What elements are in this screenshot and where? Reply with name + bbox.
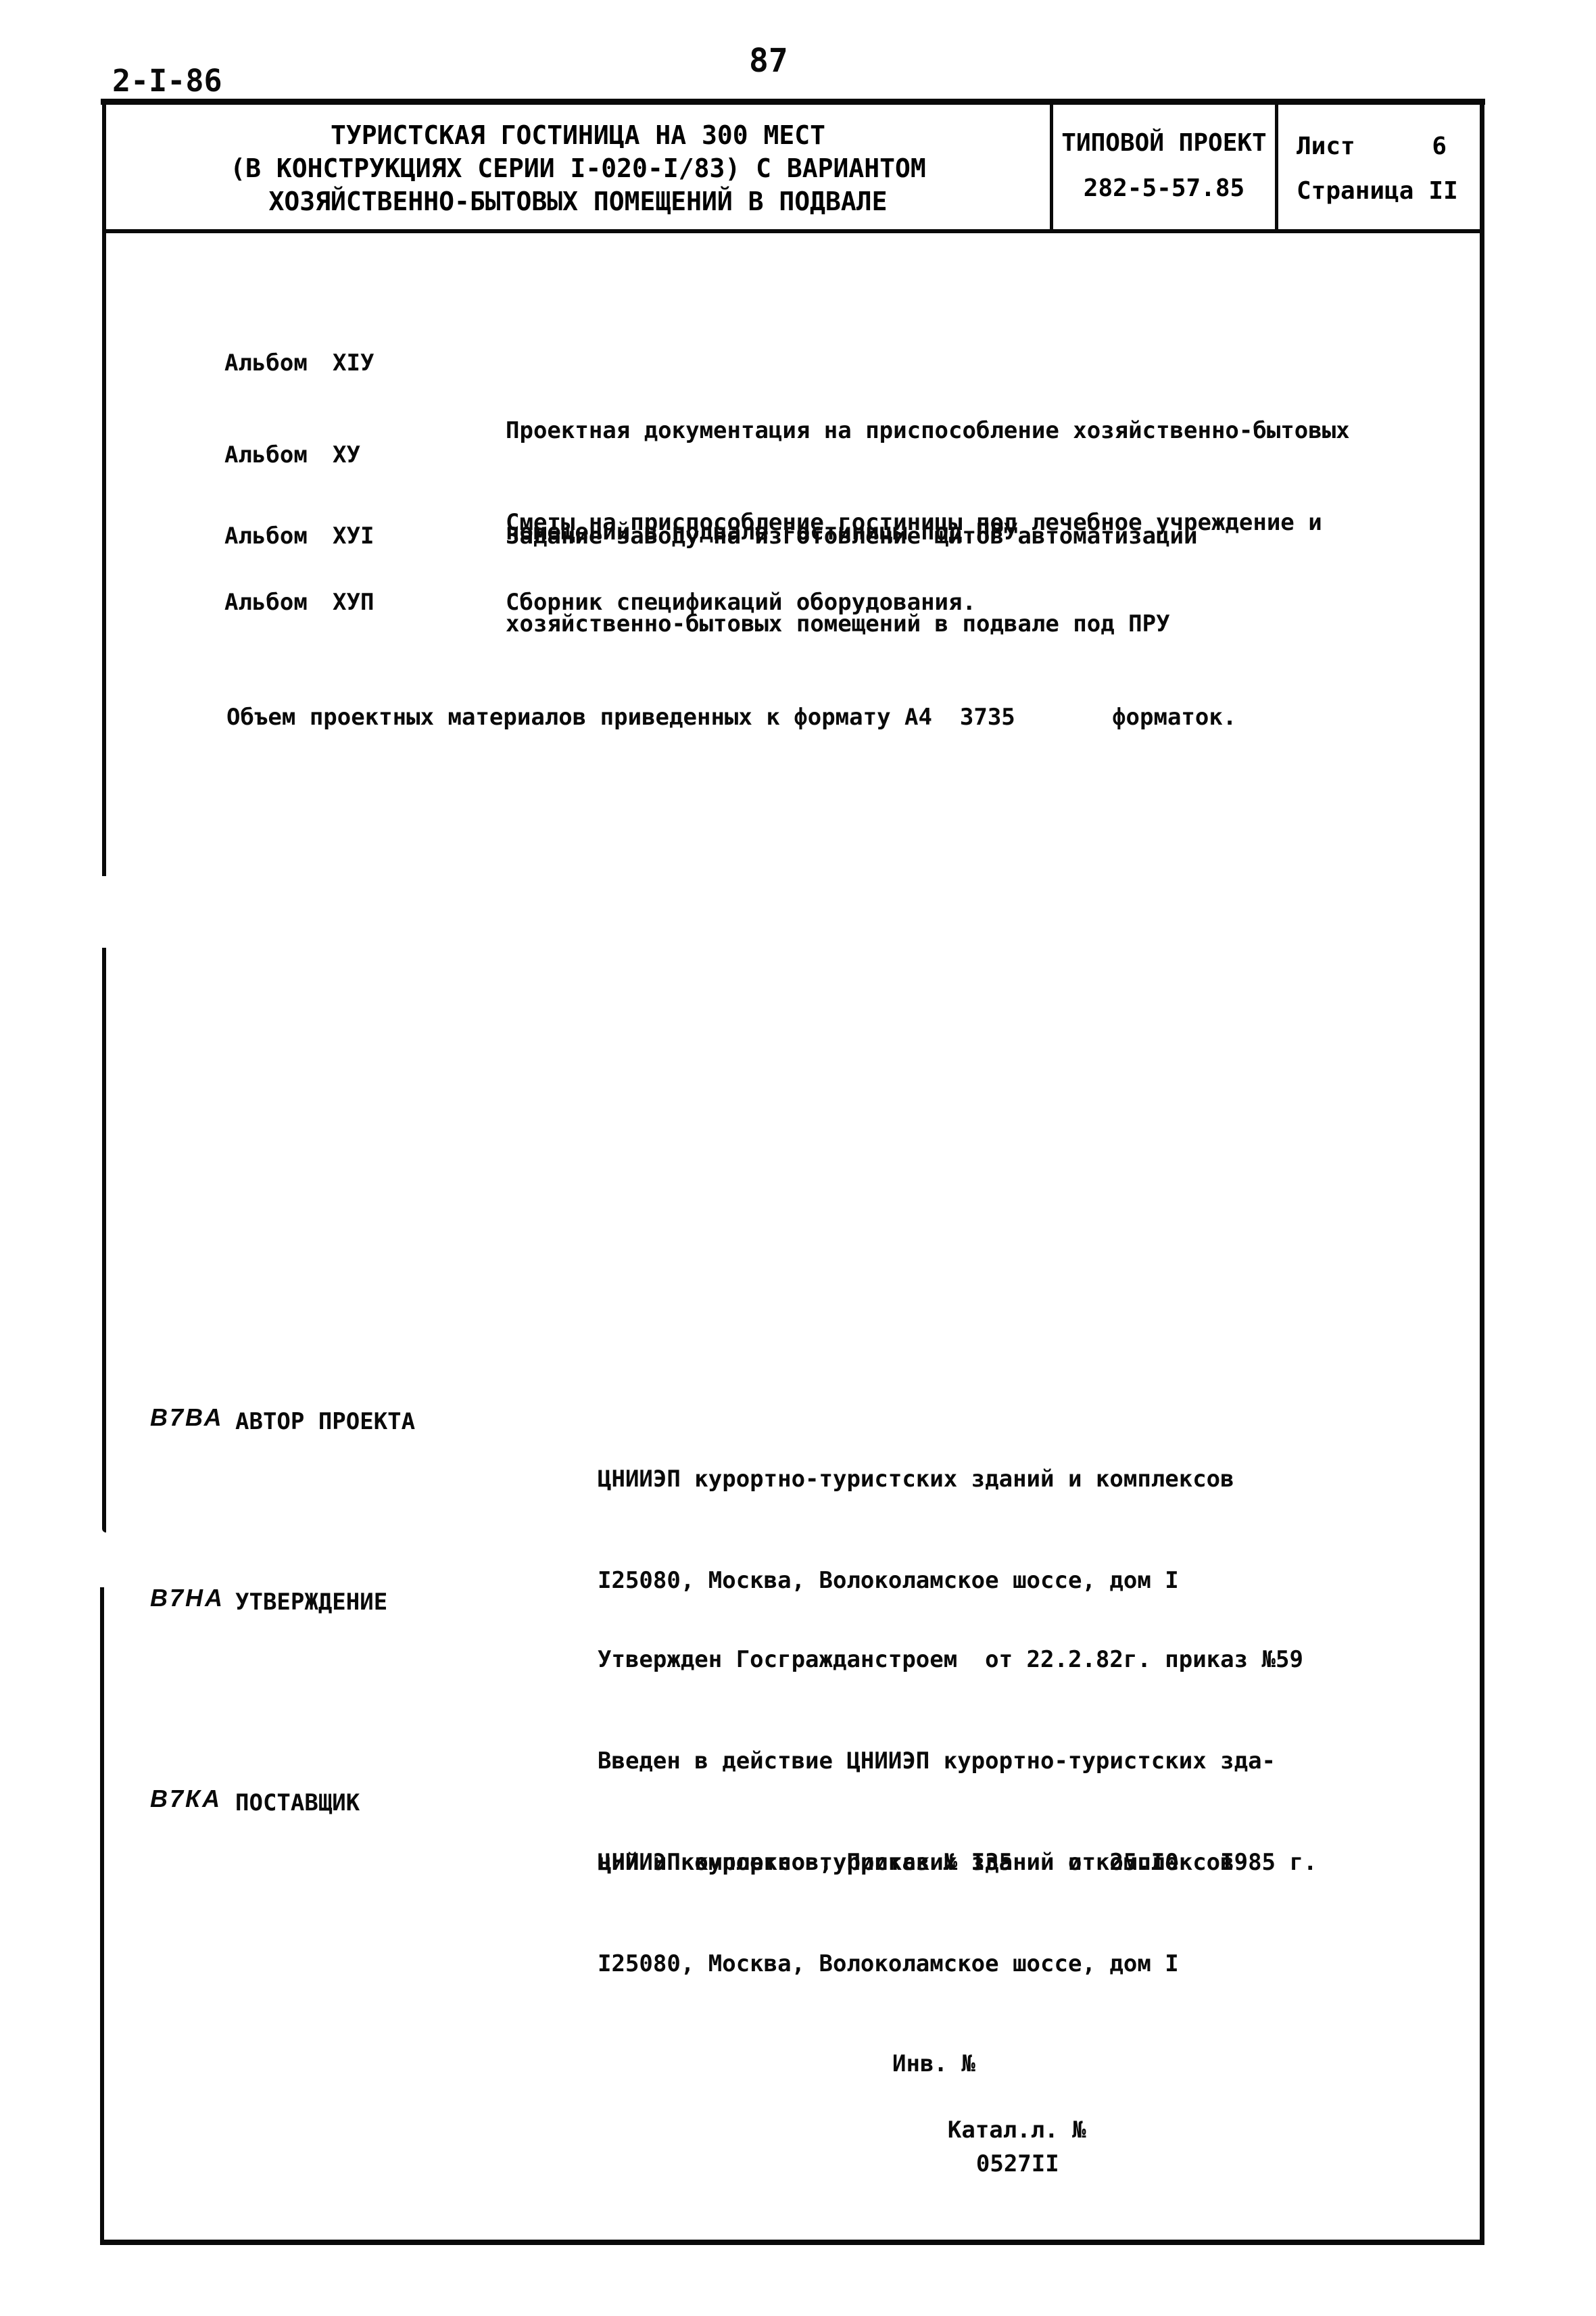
album-3-description: Задание заводу на изготовление щитов авт… — [506, 519, 1198, 553]
title-line-1: ТУРИСТСКАЯ ГОСТИНИЦА НА 300 МЕСТ — [331, 119, 825, 152]
catalog-number-row: Катал.л. № 0527II — [892, 2079, 1086, 2215]
section-supplier-line-1: ЦНИИЭП курортно-туристских зданий и комп… — [598, 1845, 1234, 1879]
page-number: 87 — [749, 42, 788, 80]
album-3-numeral: XУI — [333, 519, 374, 553]
album-1-label: Альбом — [224, 346, 308, 380]
page-row: Страница II — [1297, 177, 1458, 205]
frame-border-left-segment-3 — [100, 1587, 104, 2245]
page-label: Страница — [1297, 177, 1413, 205]
volume-summary-line: Объем проектных материалов приведенных к… — [226, 700, 1236, 734]
page-value: II — [1428, 177, 1457, 205]
title-line-3: ХОЗЯЙСТВЕННО-БЫТОВЫХ ПОМЕЩЕНИЙ В ПОДВАЛЕ — [268, 185, 887, 218]
project-number: 282-5-57.85 — [1084, 174, 1244, 202]
section-supplier-text: ЦНИИЭП курортно-туристских зданий и комп… — [598, 1778, 1234, 2048]
album-2-numeral: XУ — [333, 438, 360, 472]
header-cell-divider-2 — [1275, 101, 1278, 231]
document-title-block: ТУРИСТСКАЯ ГОСТИНИЦА НА 300 МЕСТ (В КОНС… — [106, 107, 1050, 230]
section-author-line-1: ЦНИИЭП курортно-туристских зданий и комп… — [598, 1462, 1234, 1496]
album-3-label: Альбом — [224, 519, 308, 553]
section-supplier-code: В7КА — [150, 1785, 222, 1813]
album-1-numeral: XIУ — [333, 346, 374, 380]
frame-border-left-segment-2 — [102, 948, 106, 1533]
section-approval-code: В7НА — [150, 1584, 224, 1612]
album-2-label: Альбом — [224, 438, 308, 472]
inventory-number-label: Инв. № — [892, 2047, 975, 2081]
section-supplier-label: ПОСТАВЩИК — [235, 1786, 360, 1820]
album-4-description: Сборник спецификаций оборудования. — [506, 585, 976, 619]
section-author-code: В7ВА — [150, 1403, 224, 1432]
scanned-document-page: 2-I-86 87 ТУРИСТСКАЯ ГОСТИНИЦА НА 300 МЕ… — [0, 0, 1596, 2316]
section-approval-line-2: Введен в действие ЦНИИЭП курортно-турист… — [598, 1744, 1317, 1778]
project-type-label: ТИПОВОЙ ПРОЕКТ — [1061, 129, 1266, 157]
sheet-row: Лист 6 — [1297, 132, 1447, 160]
title-line-2: (В КОНСТРУКЦИЯХ СЕРИИ I-020-I/83) С ВАРИ… — [230, 152, 926, 185]
section-supplier-line-2: I25080, Москва, Волоколамское шоссе, дом… — [598, 1947, 1234, 1981]
section-approval-label: УТВЕРЖДЕНИЕ — [235, 1585, 387, 1619]
sheet-label: Лист — [1297, 132, 1355, 160]
doc-code: 2-I-86 — [112, 63, 222, 99]
section-approval-line-1: Утвержден Госгражданстроем от 22.2.82г. … — [598, 1643, 1317, 1676]
album-4-numeral: XУП — [333, 585, 374, 619]
album-2-description: Сметы на приспособление гостиницы под ле… — [506, 438, 1322, 708]
project-type-block: ТИПОВОЙ ПРОЕКТ 282-5-57.85 — [1053, 101, 1275, 230]
album-4-label: Альбом — [224, 585, 308, 619]
frame-border-right — [1480, 99, 1484, 2245]
section-author-label: АВТОР ПРОЕКТА — [235, 1405, 415, 1439]
frame-border-bottom — [101, 2240, 1484, 2245]
catalog-number-value: 0527II — [976, 2150, 1059, 2177]
catalog-number-label: Катал.л. № — [948, 2117, 1086, 2144]
sheet-number: 6 — [1432, 132, 1447, 160]
